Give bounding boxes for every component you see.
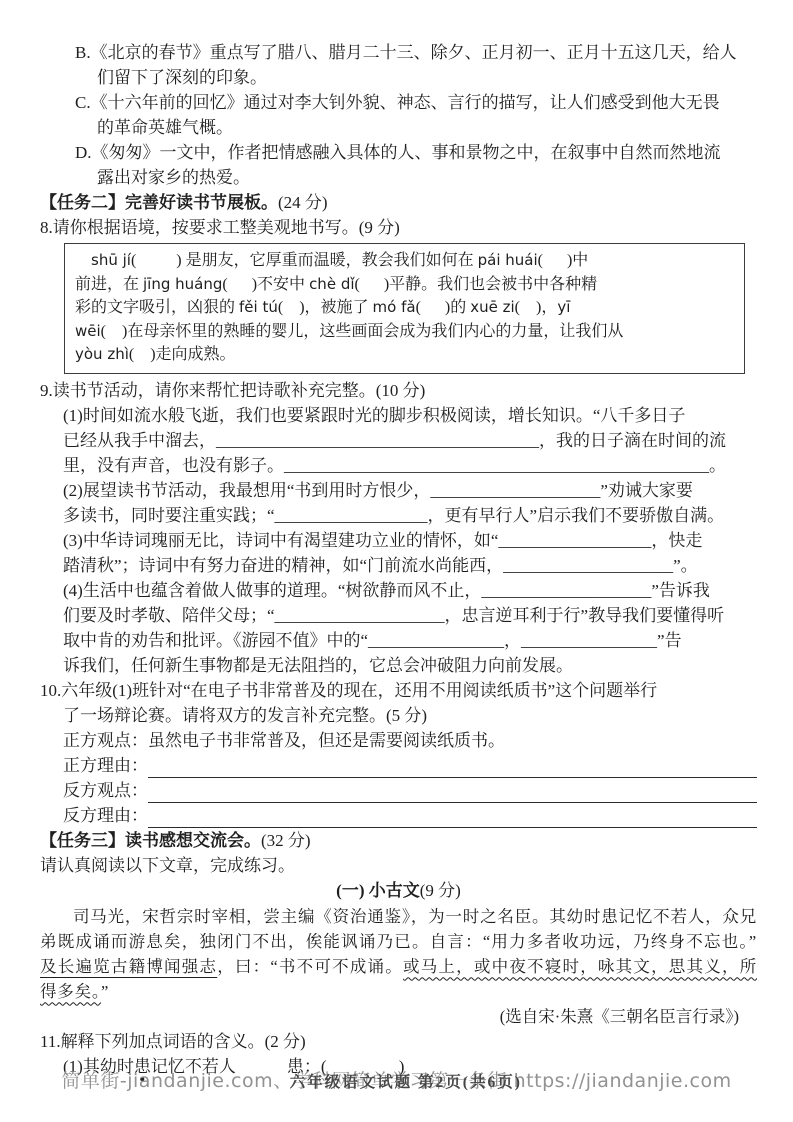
text-segment: ( )平静。我们也会被书中各种精: [355, 276, 598, 293]
text-segment: pái huái: [478, 251, 538, 269]
text-line: 已经从我手中溜去，_______________________________…: [63, 428, 757, 453]
text-segment: ( )中: [538, 252, 589, 269]
text-segment: ( ) 是朋友，它厚重而温暖，教会我们如何在: [131, 252, 478, 269]
q8-writing-box: shū jí( ) 是朋友，它厚重而温暖，教会我们如何在 pái huái( )…: [64, 243, 745, 374]
text-segment: yòu zhì: [75, 345, 129, 363]
q10-con-view-row: 反方观点：: [63, 778, 757, 803]
text-line: yòu zhì( )走向成熟。: [75, 343, 734, 367]
text-line: B.《北京的春节》重点写了腊八、腊月二十三、除夕、正月初一、正月十五这几天，给人: [75, 40, 757, 65]
task3-header: 【任务三】读书感想交流会。(32 分): [40, 828, 757, 853]
text-line: (2)展望读书节活动，我最想用“书到用时方恨少，________________…: [63, 478, 757, 503]
text-segment: (32 分): [261, 831, 311, 850]
text-segment: chè dǐ: [309, 275, 354, 293]
page-footer: 六年级语文试题 第2页(共6页): [290, 1070, 522, 1092]
text-segment: mó fǎ: [373, 298, 416, 316]
text-line: (一) 小古文(9 分): [40, 878, 757, 904]
text-line: 们留下了深刻的印象。: [75, 65, 757, 90]
text-line: 【任务三】读书感想交流会。(32 分): [40, 828, 757, 853]
text-line: 们要及时孝敬、陪伴父母；“____________________，忠言逆耳利于…: [63, 603, 757, 628]
answer-line: [148, 782, 757, 803]
text-line: D.《匆匆》一文中，作者把情感融入具体的人、事和景物之中，在叙事中自然而然地流: [75, 140, 757, 165]
text-segment: 【任务三】读书感想交流会。: [40, 831, 261, 850]
text-segment: ( )在母亲怀里的熟睡的婴儿，这些画面会成为我们内心的力量，让我们从: [101, 323, 624, 340]
option-c: C.《十六年前的回忆》通过对李大钊外貌、神态、言行的描写，让人们感受到他大无畏的…: [75, 90, 757, 140]
text-segment: shū jí: [91, 251, 131, 269]
text-segment: ( )，被施了: [278, 299, 373, 316]
text-segment: 及长遍览古籍博闻强志: [40, 957, 217, 976]
text-line: 里，没有声音，也没有影子。___________________________…: [63, 453, 757, 478]
text-segment: ( )的: [416, 299, 471, 316]
question-8: 8.请你根据语境，按要求工整美观地书写。(9 分): [40, 215, 757, 240]
text-line: 【任务二】完善好读书节展板。(24 分): [40, 190, 757, 215]
text-segment: yī: [557, 298, 570, 316]
text-segment: [75, 252, 91, 269]
option-b: B.《北京的春节》重点写了腊八、腊月二十三、除夕、正月初一、正月十五这几天，给人…: [75, 40, 757, 90]
con-view-label: 反方观点：: [63, 778, 148, 803]
q9-item-4: (4)生活中也蕴含着做人做事的道理。“树欲静而风不止，_____________…: [63, 578, 757, 678]
q10-con-reason-row: 反方理由：: [63, 803, 757, 828]
q10-pro-view: 正方观点：虽然电子书非常普及，但还是需要阅读纸质书。: [63, 728, 757, 753]
text-line: 请认真阅读以下文章，完成练习。: [40, 853, 757, 878]
text-line: 诉我们，任何新生事物都是无法阻挡的，它总会冲破阻力向前发展。: [63, 653, 757, 678]
q10-pro-reason-row: 正方理由：: [63, 753, 757, 778]
text-segment: 前进，在: [75, 276, 143, 293]
pro-reason-label: 正方理由：: [63, 753, 148, 778]
text-line: wēi( )在母亲怀里的熟睡的婴儿，这些画面会成为我们内心的力量，让我们从: [75, 320, 734, 344]
text-line: shū jí( ) 是朋友，它厚重而温暖，教会我们如何在 pái huái( )…: [75, 249, 734, 273]
text-segment: 司马光，宋哲宗时宰相，尝主编《资治通鉴》，为一时之名臣。其幼时患记忆不若人，众兄…: [40, 907, 757, 951]
text-segment: wēi: [75, 322, 101, 340]
text-segment: (24 分): [278, 193, 328, 212]
question-10: 10.六年级(1)班针对“在电子书非常普及的现在，还用不用阅读纸质书”这个问题举…: [40, 678, 757, 728]
text-segment: ( )，: [515, 299, 558, 316]
q9-item-3: (3)中华诗词瑰丽无比，诗词中有渴望建功立业的情怀，如“____________…: [63, 528, 757, 578]
text-segment: fěi tú: [239, 298, 278, 316]
text-segment: 彩的文字吸引，凶狠的: [75, 299, 239, 316]
text-segment: xuē zi: [470, 298, 514, 316]
option-d: D.《匆匆》一文中，作者把情感融入具体的人、事和景物之中，在叙事中自然而然地流露…: [75, 140, 757, 190]
text-line: 多读书，同时要注重实践；“__________________，更有早行人”启示…: [63, 503, 757, 528]
q9-item-2: (2)展望读书节活动，我最想用“书到用时方恨少，________________…: [63, 478, 757, 528]
text-segment: (一) 小古文: [336, 881, 420, 900]
exam-page: B.《北京的春节》重点写了腊八、腊月二十三、除夕、正月初一、正月十五这几天，给人…: [0, 0, 793, 1122]
passage-title: (一) 小古文(9 分): [40, 878, 757, 904]
text-line: 正方观点：虽然电子书非常普及，但还是需要阅读纸质书。: [63, 728, 757, 753]
text-line: 的革命英雄气概。: [75, 115, 757, 140]
text-line: 踏清秋”；诗词中有努力奋进的精神，如“门前流水尚能西，_____________…: [63, 553, 757, 578]
text-line: 10.六年级(1)班针对“在电子书非常普及的现在，还用不用阅读纸质书”这个问题举…: [40, 678, 757, 703]
task2-header: 【任务二】完善好读书节展板。(24 分): [40, 190, 757, 215]
text-segment: ”: [101, 982, 109, 1001]
text-line: C.《十六年前的回忆》通过对李大钊外貌、神态、言行的描写，让人们感受到他大无畏: [75, 90, 757, 115]
text-segment: 【任务二】完善好读书节展板。: [40, 193, 278, 212]
text-line: (3)中华诗词瑰丽无比，诗词中有渴望建功立业的情怀，如“____________…: [63, 528, 757, 553]
text-line: 了一场辩论赛。请将双方的发言补充完整。(5 分): [40, 703, 757, 728]
text-segment: ( )走向成熟。: [129, 346, 236, 363]
question-9: 9.读书节活动，请你来帮忙把诗歌补充完整。(10 分): [40, 378, 757, 403]
text-line: 9.读书节活动，请你来帮忙把诗歌补充完整。(10 分): [40, 378, 757, 403]
text-segment: ，曰：“书不可不成诵。: [217, 957, 403, 976]
text-line: 8.请你根据语境，按要求工整美观地书写。(9 分): [40, 215, 757, 240]
question-11: 11.解释下列加点词语的含义。(2 分): [40, 1029, 757, 1054]
text-segment: jīng huáng: [143, 275, 222, 293]
passage-source: (选自宋·朱熹《三朝名臣言行录》): [40, 1004, 739, 1029]
q9-item-1: (1)时间如流水般飞逝，我们也要紧跟时光的脚步积极阅读，增长知识。“八千多日子已…: [63, 403, 757, 478]
text-line: (1)时间如流水般飞逝，我们也要紧跟时光的脚步积极阅读，增长知识。“八千多日子: [63, 403, 757, 428]
classical-passage: 司马光，宋哲宗时宰相，尝主编《资治通鉴》，为一时之名臣。其幼时患记忆不若人，众兄…: [40, 904, 757, 1004]
answer-line: [148, 807, 757, 828]
text-line: (4)生活中也蕴含着做人做事的道理。“树欲静而风不止，_____________…: [63, 578, 757, 603]
reading-intro: 请认真阅读以下文章，完成练习。: [40, 853, 757, 878]
con-reason-label: 反方理由：: [63, 803, 148, 828]
text-segment: ( )不安中: [222, 276, 309, 293]
text-line: 露出对家乡的热爱。: [75, 165, 757, 190]
answer-line: [148, 757, 757, 778]
text-line: 取中肯的劝告和批评。《游园不值》中的“________________，____…: [63, 628, 757, 653]
mc-options: B.《北京的春节》重点写了腊八、腊月二十三、除夕、正月初一、正月十五这几天，给人…: [40, 40, 757, 190]
text-line: 前进，在 jīng huáng( )不安中 chè dǐ( )平静。我们也会被书…: [75, 273, 734, 297]
text-segment: (9 分): [420, 881, 461, 900]
text-line: 彩的文字吸引，凶狠的 fěi tú( )，被施了 mó fǎ( )的 xuē z…: [75, 296, 734, 320]
text-line: 11.解释下列加点词语的含义。(2 分): [40, 1029, 757, 1054]
